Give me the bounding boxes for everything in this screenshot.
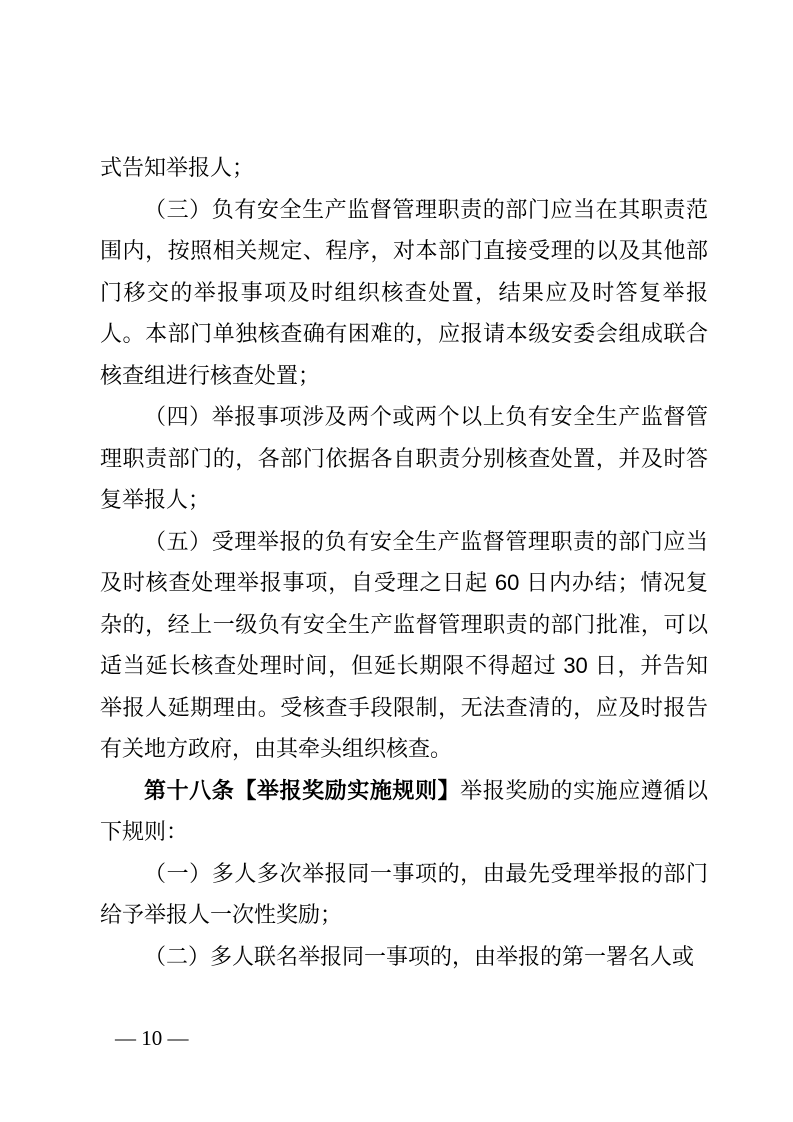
page-number: — 10 — — [115, 1026, 189, 1050]
paragraph-article-18: 第十八条【举报奖励实施规则】举报奖励的实施应遵循以下规则： — [100, 770, 708, 853]
document-page: 式告知举报人； （三）负有安全生产监督管理职责的部门应当在其职责范围内，按照相关… — [0, 0, 793, 1122]
paragraph-item-3: （三）负有安全生产监督管理职责的部门应当在其职责范围内，按照相关规定、程序，对本… — [100, 189, 708, 397]
paragraph-item-4: （四）举报事项涉及两个或两个以上负有安全生产监督管理职责部门的，各部门依据各自职… — [100, 396, 708, 521]
paragraph-rule-1: （一）多人多次举报同一事项的，由最先受理举报的部门给予举报人一次性奖励； — [100, 853, 708, 936]
paragraph-rule-2: （二）多人联名举报同一事项的，由举报的第一署名人或 — [100, 936, 708, 978]
article-18-heading: 第十八条【举报奖励实施规则】 — [144, 778, 460, 803]
paragraph-continuation: 式告知举报人； — [100, 147, 708, 189]
paragraph-item-5: （五）受理举报的负有安全生产监督管理职责的部门应当及时核查处理举报事项，自受理之… — [100, 521, 708, 770]
document-body: 式告知举报人； （三）负有安全生产监督管理职责的部门应当在其职责范围内，按照相关… — [100, 147, 708, 977]
